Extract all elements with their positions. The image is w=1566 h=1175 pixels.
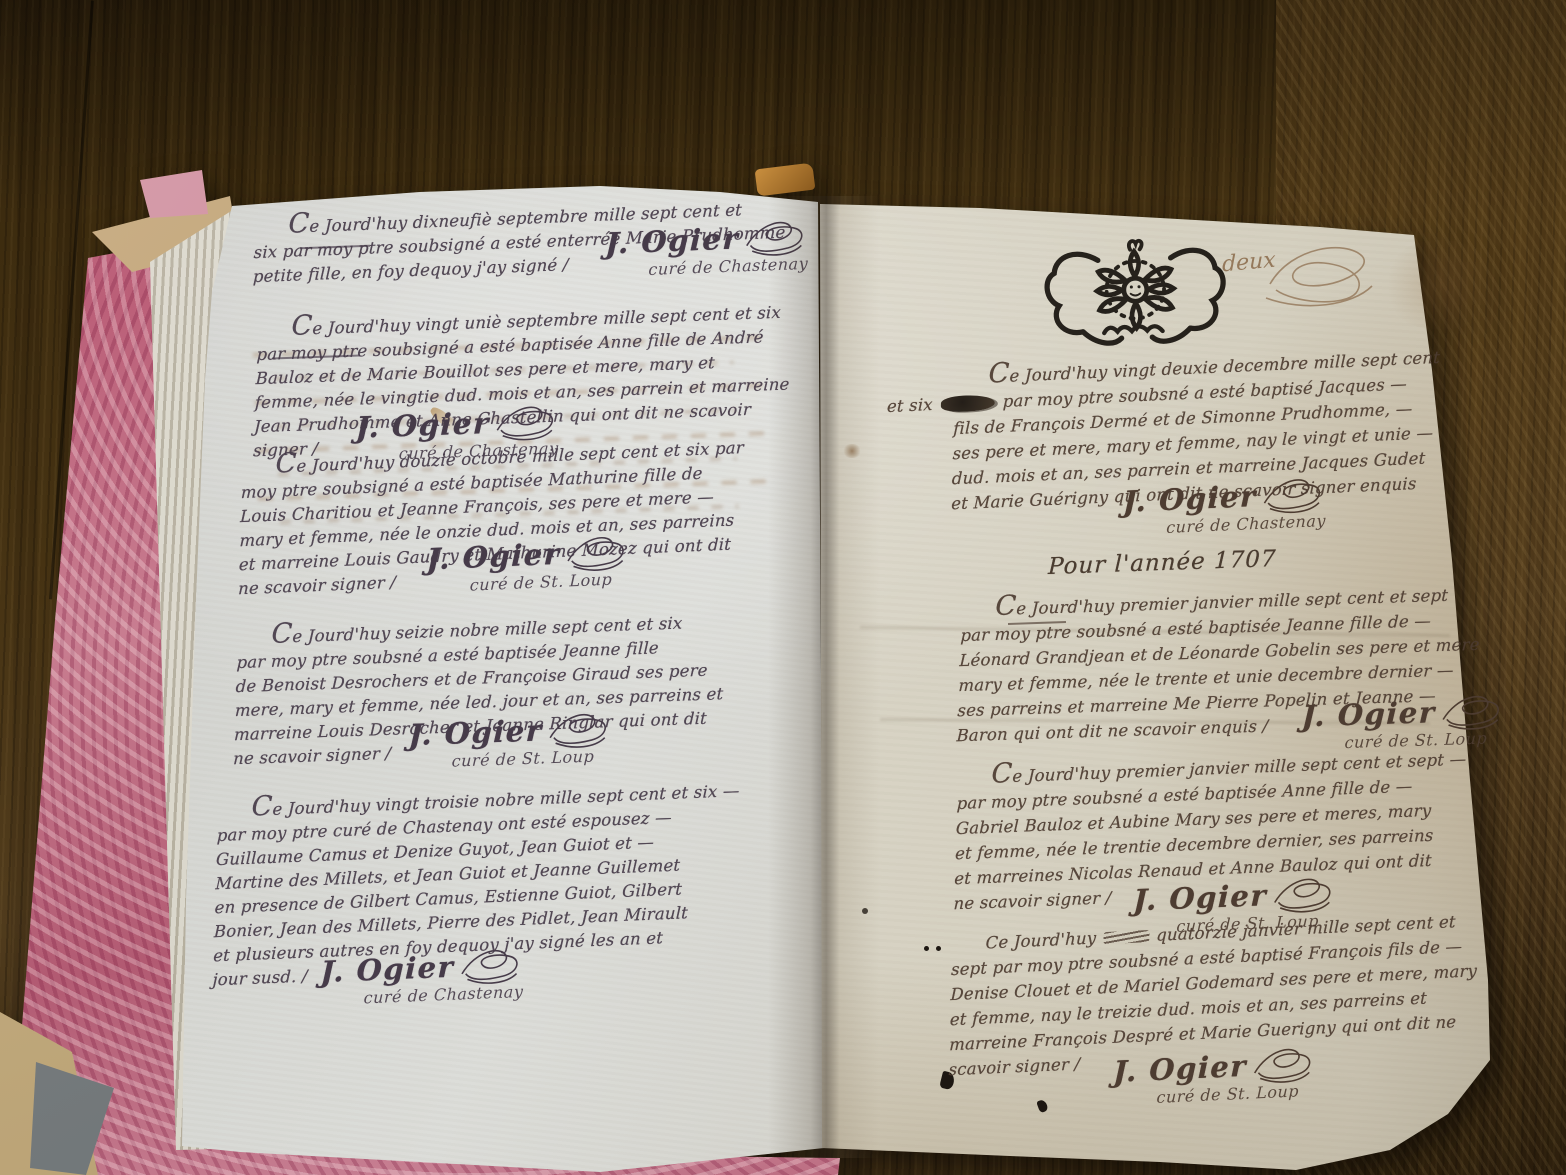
signature-flourish-icon [458, 943, 525, 988]
register-entry: Ce Jourd'huy vingt troisie nobre mille s… [212, 772, 802, 993]
signature-flourish-icon [743, 215, 810, 260]
signature-block: J. Ogier curé de Chastenay [604, 215, 810, 281]
register-entry: Ce Jourd'huy seizie nobre mille sept cen… [233, 602, 808, 771]
priest-signature: J. Ogier [605, 221, 740, 260]
ink-blot [941, 394, 995, 412]
signature-block: J. Ogier curé de St. Loup [1112, 1042, 1317, 1109]
margin-note: et six [887, 392, 934, 419]
signature-block: J. Ogier curé de St. Loup [407, 707, 613, 772]
priest-signature: J. Ogier [1123, 479, 1258, 519]
signature-flourish-icon [1260, 472, 1327, 517]
signature-block: J. Ogier curé de St. Loup [426, 530, 631, 597]
signature-block: J. Ogier curé de St. Loup [1300, 689, 1506, 754]
signature-flourish-icon [1251, 1042, 1318, 1087]
signature-flourish-icon [493, 399, 560, 443]
folio-paraph-icon [1262, 232, 1380, 314]
signature-flourish-icon [1439, 689, 1507, 733]
crossed-out-word [1103, 930, 1149, 944]
priest-signature: J. Ogier [408, 713, 543, 752]
register-entry: Ce Jourd'huy quatorzie janvier mille sep… [948, 908, 1491, 1083]
photo-of-open-register: deux Ce Jourd'huy dixneufiè septembre mi… [0, 0, 1566, 1175]
register-entry: Ce Jourd'huy douzie octobre mille sept c… [238, 429, 802, 602]
register-entry: Ce Jourd'huy vingt deuxie decembre mille… [951, 340, 1460, 516]
priest-signature: J. Ogier [320, 950, 455, 989]
priest-signature: J. Ogier [1133, 878, 1268, 917]
priest-signature: J. Ogier [1113, 1049, 1248, 1089]
priest-signature: J. Ogier [1301, 695, 1436, 733]
signature-block: J. Ogier curé de Chastenay [319, 943, 525, 1009]
priest-signature: J. Ogier [355, 406, 490, 445]
priest-signature: J. Ogier [426, 537, 561, 577]
register-book: deux Ce Jourd'huy dixneufiè septembre mi… [0, 0, 1566, 1175]
signature-block: J. Ogier curé de Chastenay [1122, 472, 1327, 539]
signature-flourish-icon [564, 530, 631, 575]
signature-flourish-icon [1270, 872, 1337, 917]
register-entry: Ce Jourd'huy premier janvier mille sept … [956, 578, 1467, 748]
ornamental-stamp-icon [1036, 235, 1235, 357]
signature-flourish-icon [546, 707, 613, 751]
register-entry: Ce Jourd'huy premier janvier mille sept … [953, 742, 1467, 916]
